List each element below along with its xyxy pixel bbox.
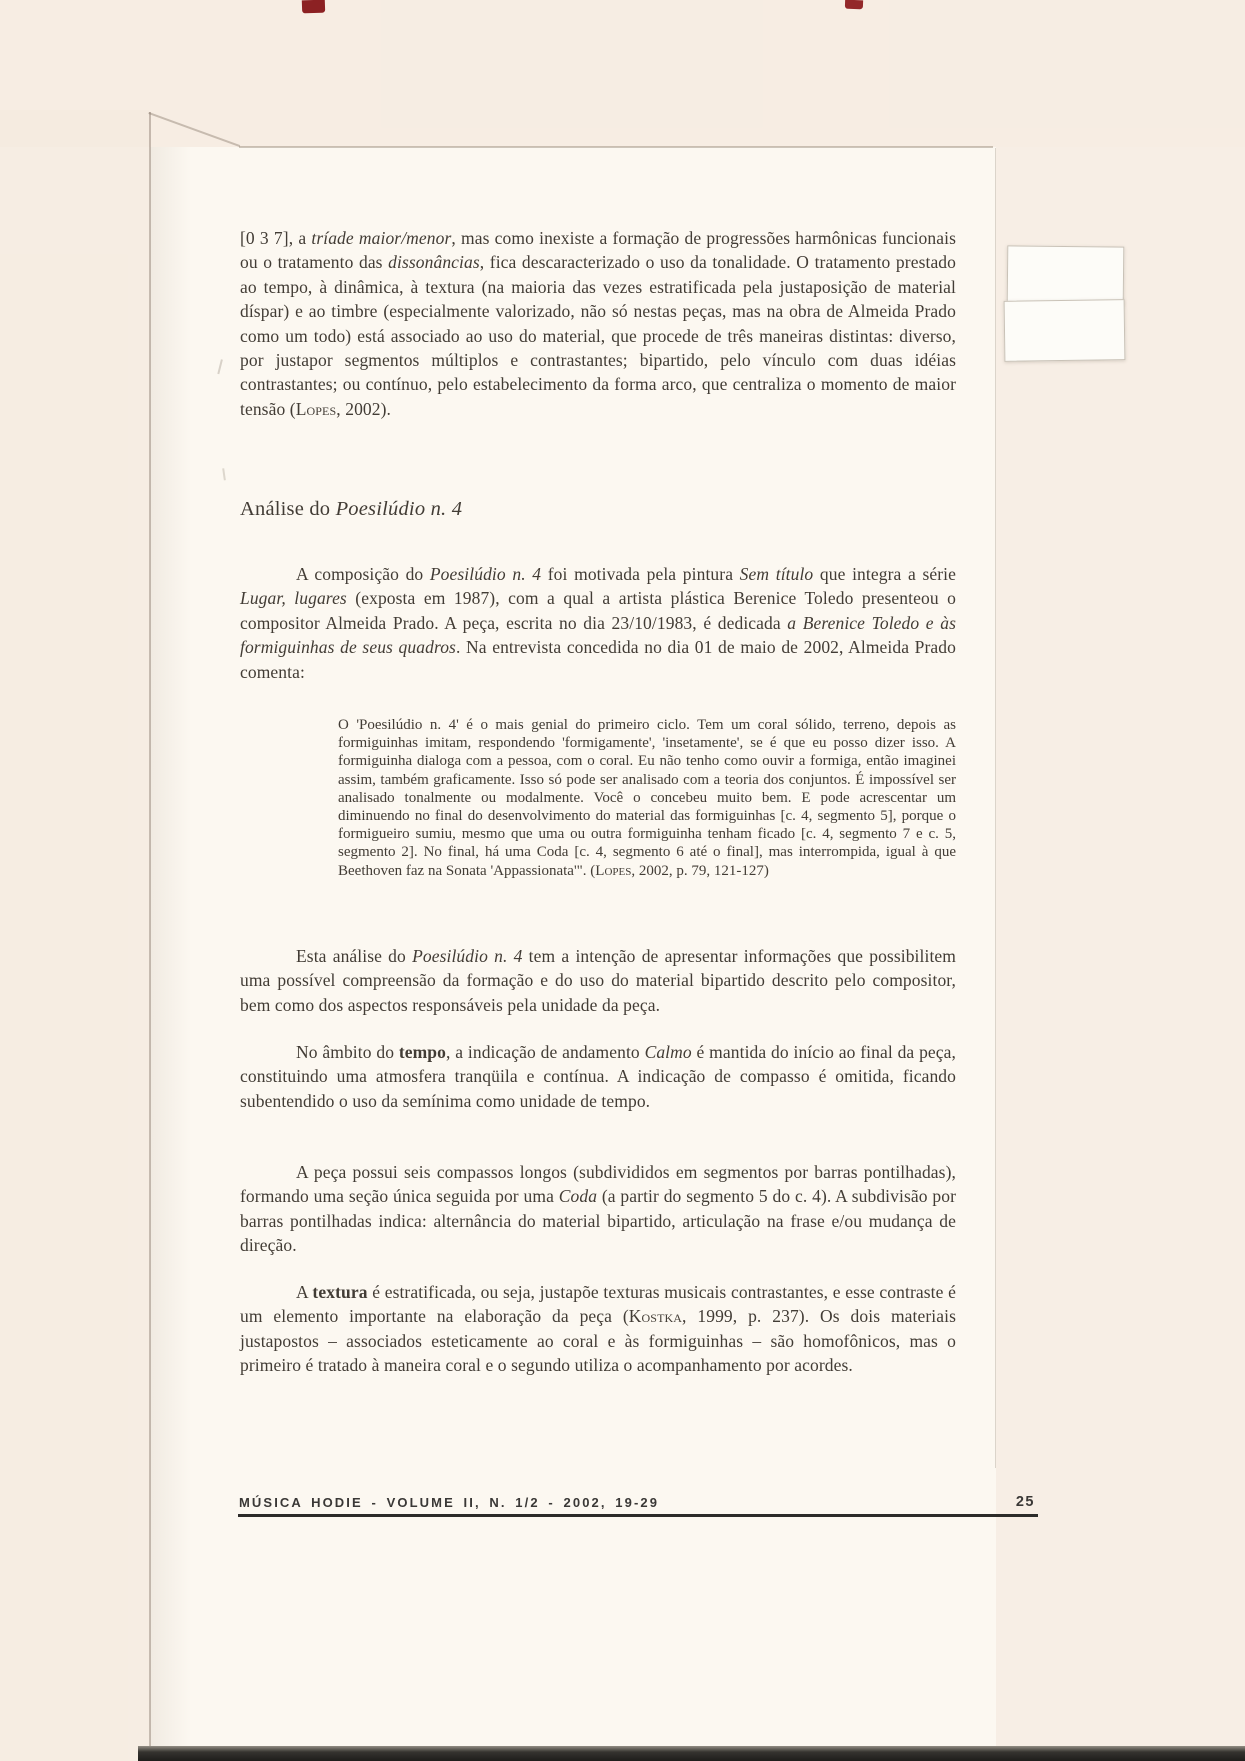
scan-margin-left (0, 110, 149, 1761)
body-paragraph: [0 3 7], a tríade maior/menor, mas como … (240, 226, 956, 421)
page-number: 25 (1016, 1494, 1035, 1510)
paper-slip (1004, 299, 1126, 362)
red-ink-mark (302, 0, 325, 13)
section-heading: Análise do Poesilúdio n. 4 (240, 498, 462, 521)
body-paragraph: A peça possui seis compassos longos (sub… (240, 1160, 956, 1258)
body-paragraph: Esta análise do Poesilúdio n. 4 tem a in… (240, 944, 956, 1017)
page-edge-right (995, 148, 996, 1468)
pencil-mark (222, 468, 231, 481)
body-paragraph: A composição do Poesilúdio n. 4 foi moti… (240, 562, 956, 684)
scan-bottom-bar (138, 1746, 1245, 1761)
paper-slip (1007, 245, 1125, 305)
scanned-paper-page: [0 3 7], a tríade maior/menor, mas como … (0, 0, 1245, 1761)
body-paragraph: A textura é estratificada, ou seja, just… (240, 1280, 956, 1378)
body-paragraph: No âmbito do tempo, a indicação de andam… (240, 1040, 956, 1113)
page-edge-top (239, 146, 993, 148)
journal-line: MÚSICA HODIE - VOLUME II, N. 1/2 - 2002,… (239, 1495, 659, 1510)
page-footer: MÚSICA HODIE - VOLUME II, N. 1/2 - 2002,… (238, 1484, 1038, 1517)
block-quote: O 'Poesilúdio n. 4' é o mais genial do p… (338, 716, 956, 880)
red-ink-mark (845, 0, 863, 9)
page-edge-left (149, 112, 151, 1761)
scan-margin-right (996, 147, 1245, 1761)
binding-shadow (150, 147, 196, 1761)
